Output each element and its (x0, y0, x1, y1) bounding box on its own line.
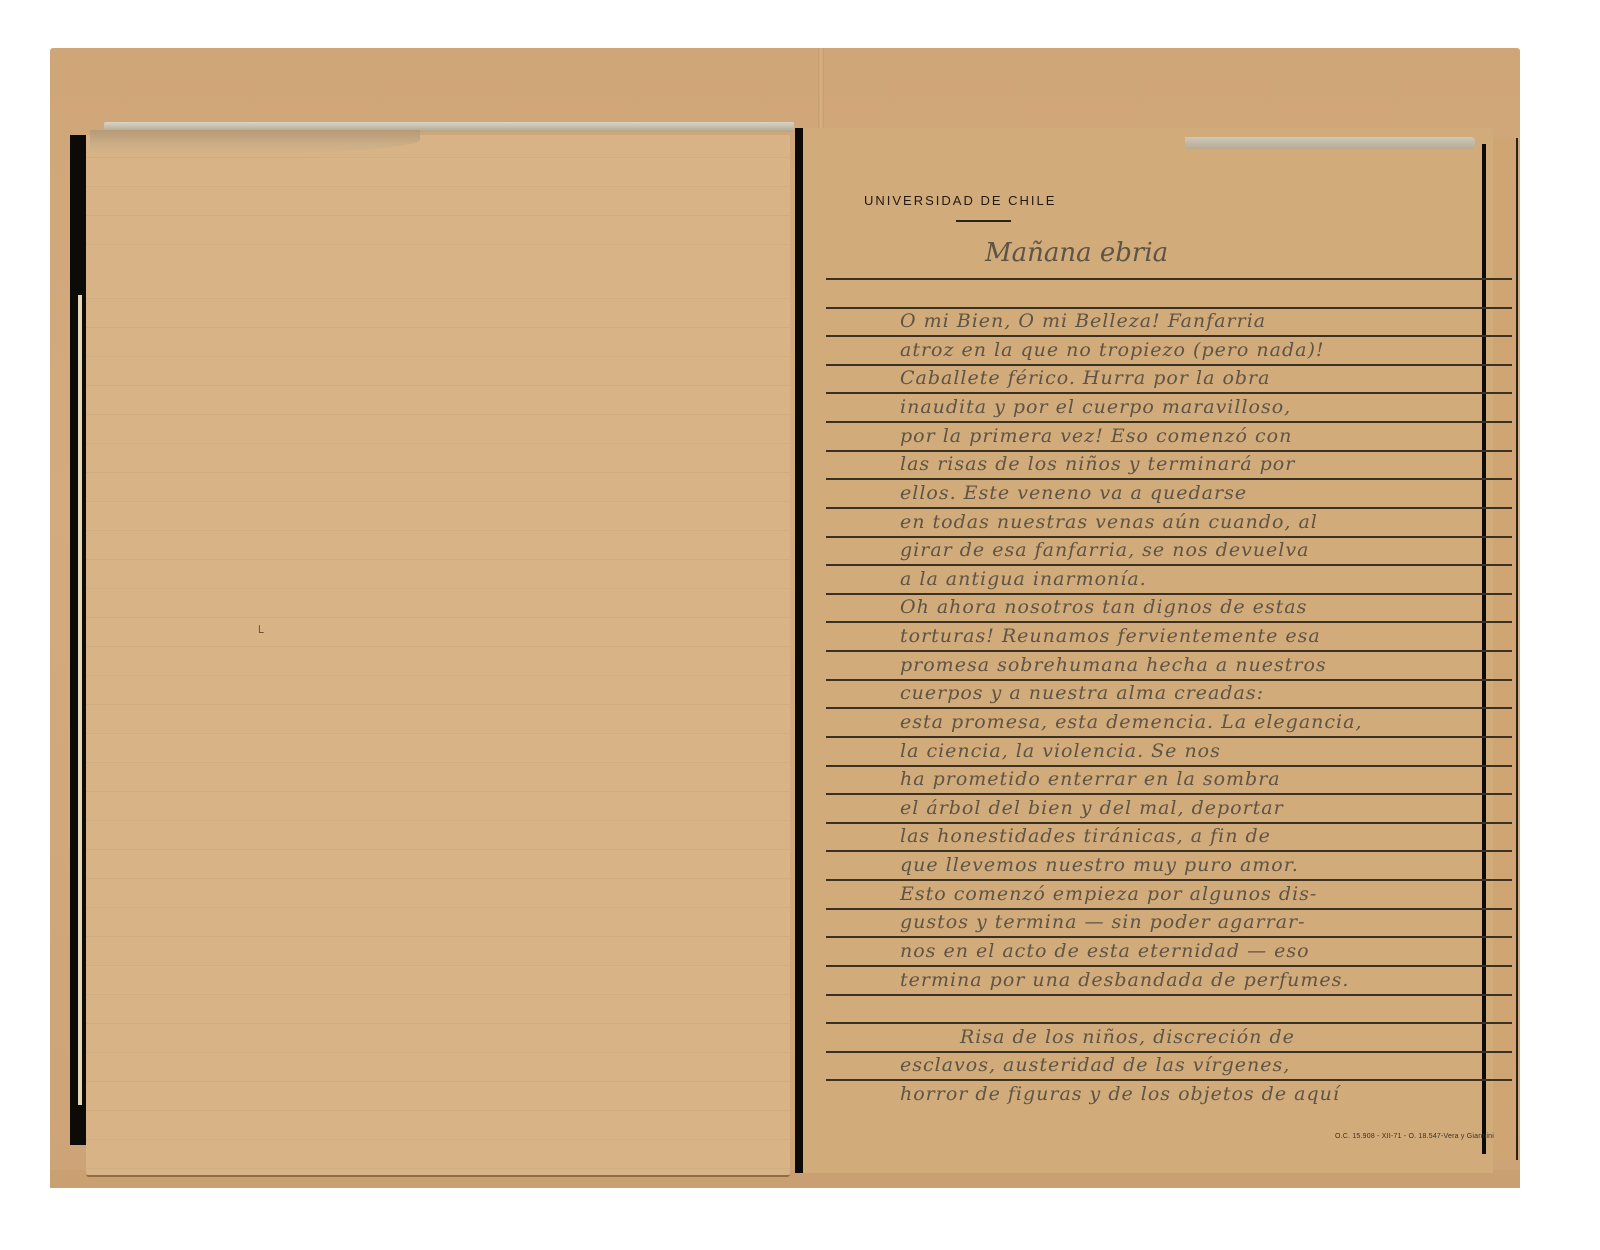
manuscript-line: atroz en la que no tropiezo (pero nada)! (900, 339, 1325, 361)
manuscript-line: O mi Bien, O mi Belleza! Fanfarria (900, 310, 1266, 332)
ruled-line (826, 621, 1512, 623)
ruled-line (826, 793, 1512, 795)
manuscript-line: a la antigua inarmonía. (900, 568, 1147, 590)
ruled-line (826, 1051, 1512, 1053)
ruled-line (826, 908, 1512, 910)
left-page-blank (86, 135, 790, 1177)
ruled-line (826, 850, 1512, 852)
ruled-line (826, 1079, 1512, 1081)
manuscript-line: esta promesa, esta demencia. La eleganci… (900, 711, 1363, 733)
manuscript-line: horror de figuras y de los objetos de aq… (900, 1083, 1340, 1105)
manuscript-line: que llevemos nuestro muy puro amor. (900, 854, 1299, 876)
ruled-line (826, 593, 1512, 595)
ruled-line (826, 421, 1512, 423)
ruled-line (826, 307, 1512, 309)
ruled-line (826, 650, 1512, 652)
right-page-edge (1482, 144, 1486, 1154)
manuscript-line: Esto comenzó empieza por algunos dis- (900, 883, 1317, 905)
manuscript-line: por la primera vez! Eso comenzó con (900, 425, 1292, 447)
manuscript-line: inaudita y por el cuerpo maravilloso, (900, 396, 1291, 418)
manuscript-line: torturas! Reunamos fervientemente esa (900, 625, 1321, 647)
manuscript-line: las risas de los niños y terminará por (900, 453, 1295, 475)
ruled-line (826, 278, 1512, 280)
ruled-line (826, 822, 1512, 824)
manuscript-line: girar de esa fanfarria, se nos devuelva (900, 539, 1309, 561)
manuscript-line: cuerpos y a nuestra alma creadas: (900, 682, 1264, 704)
manuscript-line: promesa sobrehumana hecha a nuestros (900, 654, 1327, 676)
ruled-line (826, 994, 1512, 996)
ruled-line (826, 936, 1512, 938)
manuscript-line: Risa de los niños, discreción de (960, 1026, 1295, 1048)
manuscript-title: Mañana ebria (985, 238, 1168, 268)
manuscript-line: esclavos, austeridad de las vírgenes, (900, 1054, 1290, 1076)
manuscript-line: en todas nuestras venas aún cuando, al (900, 511, 1318, 533)
manuscript-line: nos en el acto de esta eternidad — eso (900, 940, 1310, 962)
manuscript-line: la ciencia, la violencia. Se nos (900, 740, 1221, 762)
letterhead-rule (956, 220, 1011, 222)
manuscript-line: Oh ahora nosotros tan dignos de estas (900, 596, 1307, 618)
ruled-line (826, 564, 1512, 566)
ruled-line (826, 507, 1512, 509)
ruled-line (826, 679, 1512, 681)
letterhead: UNIVERSIDAD DE CHILE (864, 193, 1056, 208)
ruled-line (826, 392, 1512, 394)
ruled-line (826, 707, 1512, 709)
ruled-line (826, 965, 1512, 967)
manuscript-line: ellos. Este veneno va a quedarse (900, 482, 1247, 504)
ruled-line (826, 450, 1512, 452)
manuscript-line: ha prometido enterrar en la sombra (900, 768, 1281, 790)
ruled-line (826, 536, 1512, 538)
ruled-line (826, 879, 1512, 881)
manuscript-line: Caballete férico. Hurra por la obra (900, 367, 1270, 389)
ruled-line (826, 364, 1512, 366)
ruled-line (826, 478, 1512, 480)
manuscript-line: el árbol del bien y del mal, deportar (900, 797, 1284, 819)
manuscript-line: termina por una desbandada de perfumes. (900, 969, 1349, 991)
printer-mark: O.C. 15.908 - XII-71 - O. 18.547-Vera y … (1335, 1133, 1494, 1140)
right-page-binding-strip (1185, 137, 1475, 149)
ruled-line (826, 736, 1512, 738)
manuscript-line: las honestidades tiránicas, a fin de (900, 825, 1271, 847)
ruled-line (826, 335, 1512, 337)
ruled-line (826, 1022, 1512, 1024)
manuscript-line: gustos y termina — sin poder agarrar- (900, 911, 1306, 933)
left-page-sheet-edge (78, 295, 82, 1105)
folder-crease (818, 48, 824, 138)
left-page-stray-mark: └ (255, 625, 264, 639)
ruled-line (826, 765, 1512, 767)
